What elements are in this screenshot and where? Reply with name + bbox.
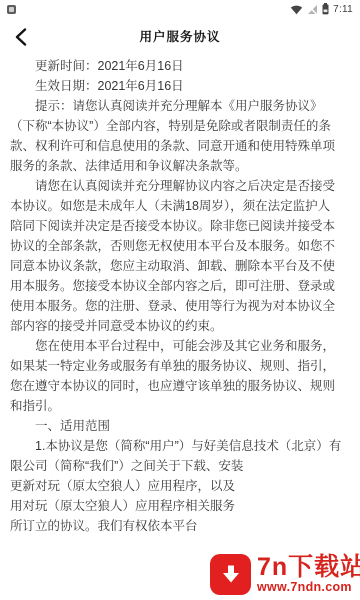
wifi-icon — [290, 4, 303, 15]
page-title: 用户服务协议 — [0, 18, 360, 56]
agreement-content[interactable]: 更新时间：2021年6月16日 生效日期：2021年6月16日 提示：请您认真阅… — [0, 56, 360, 600]
watermark-site-url: www.7ndn.com — [257, 580, 352, 594]
battery-icon — [322, 3, 329, 15]
status-left-icons — [7, 5, 16, 14]
section1-paragraph: 1.本协议是您（简称“用户”）与好美信息技术（北京）有 限公司（简称“我们”）之… — [10, 436, 350, 536]
other-services-paragraph: 您在使用本平台过程中，可能会涉及其它业务和服务， 如果某一特定业务或服务有单独的… — [10, 336, 350, 416]
user-agreement-screen: 7:11 用户服务协议 更新时间：2021年6月16日 生效日期：2021年6月… — [0, 0, 360, 600]
notice-paragraph: 提示：请您认真阅读并充分理解本《用户服务协议》 （下称“本协议”）全部内容，特别… — [10, 96, 350, 176]
no-signal-icon — [307, 4, 318, 15]
status-bar: 7:11 — [0, 0, 360, 18]
back-button[interactable] — [8, 24, 34, 50]
section1-heading: 一、适用范围 — [10, 416, 350, 436]
download-arrow-icon — [219, 562, 243, 586]
acceptance-paragraph: 请您在认真阅读并充分理解协议内容之后决定是否接受 本协议。如您是未成年人（未满1… — [10, 176, 350, 336]
status-time: 7:11 — [333, 4, 353, 15]
header: 用户服务协议 — [0, 18, 360, 56]
notification-app-icon — [7, 5, 16, 14]
watermark-site-name: 7n下载站 — [257, 554, 360, 580]
chevron-left-icon — [15, 28, 27, 46]
status-right-icons: 7:11 — [290, 3, 353, 15]
agreement-dates: 更新时间：2021年6月16日 生效日期：2021年6月16日 — [10, 56, 350, 96]
download-badge — [210, 554, 251, 595]
watermark: 7n下载站 www.7ndn.com — [202, 548, 360, 600]
watermark-text: 7n下载站 www.7ndn.com — [257, 554, 360, 594]
